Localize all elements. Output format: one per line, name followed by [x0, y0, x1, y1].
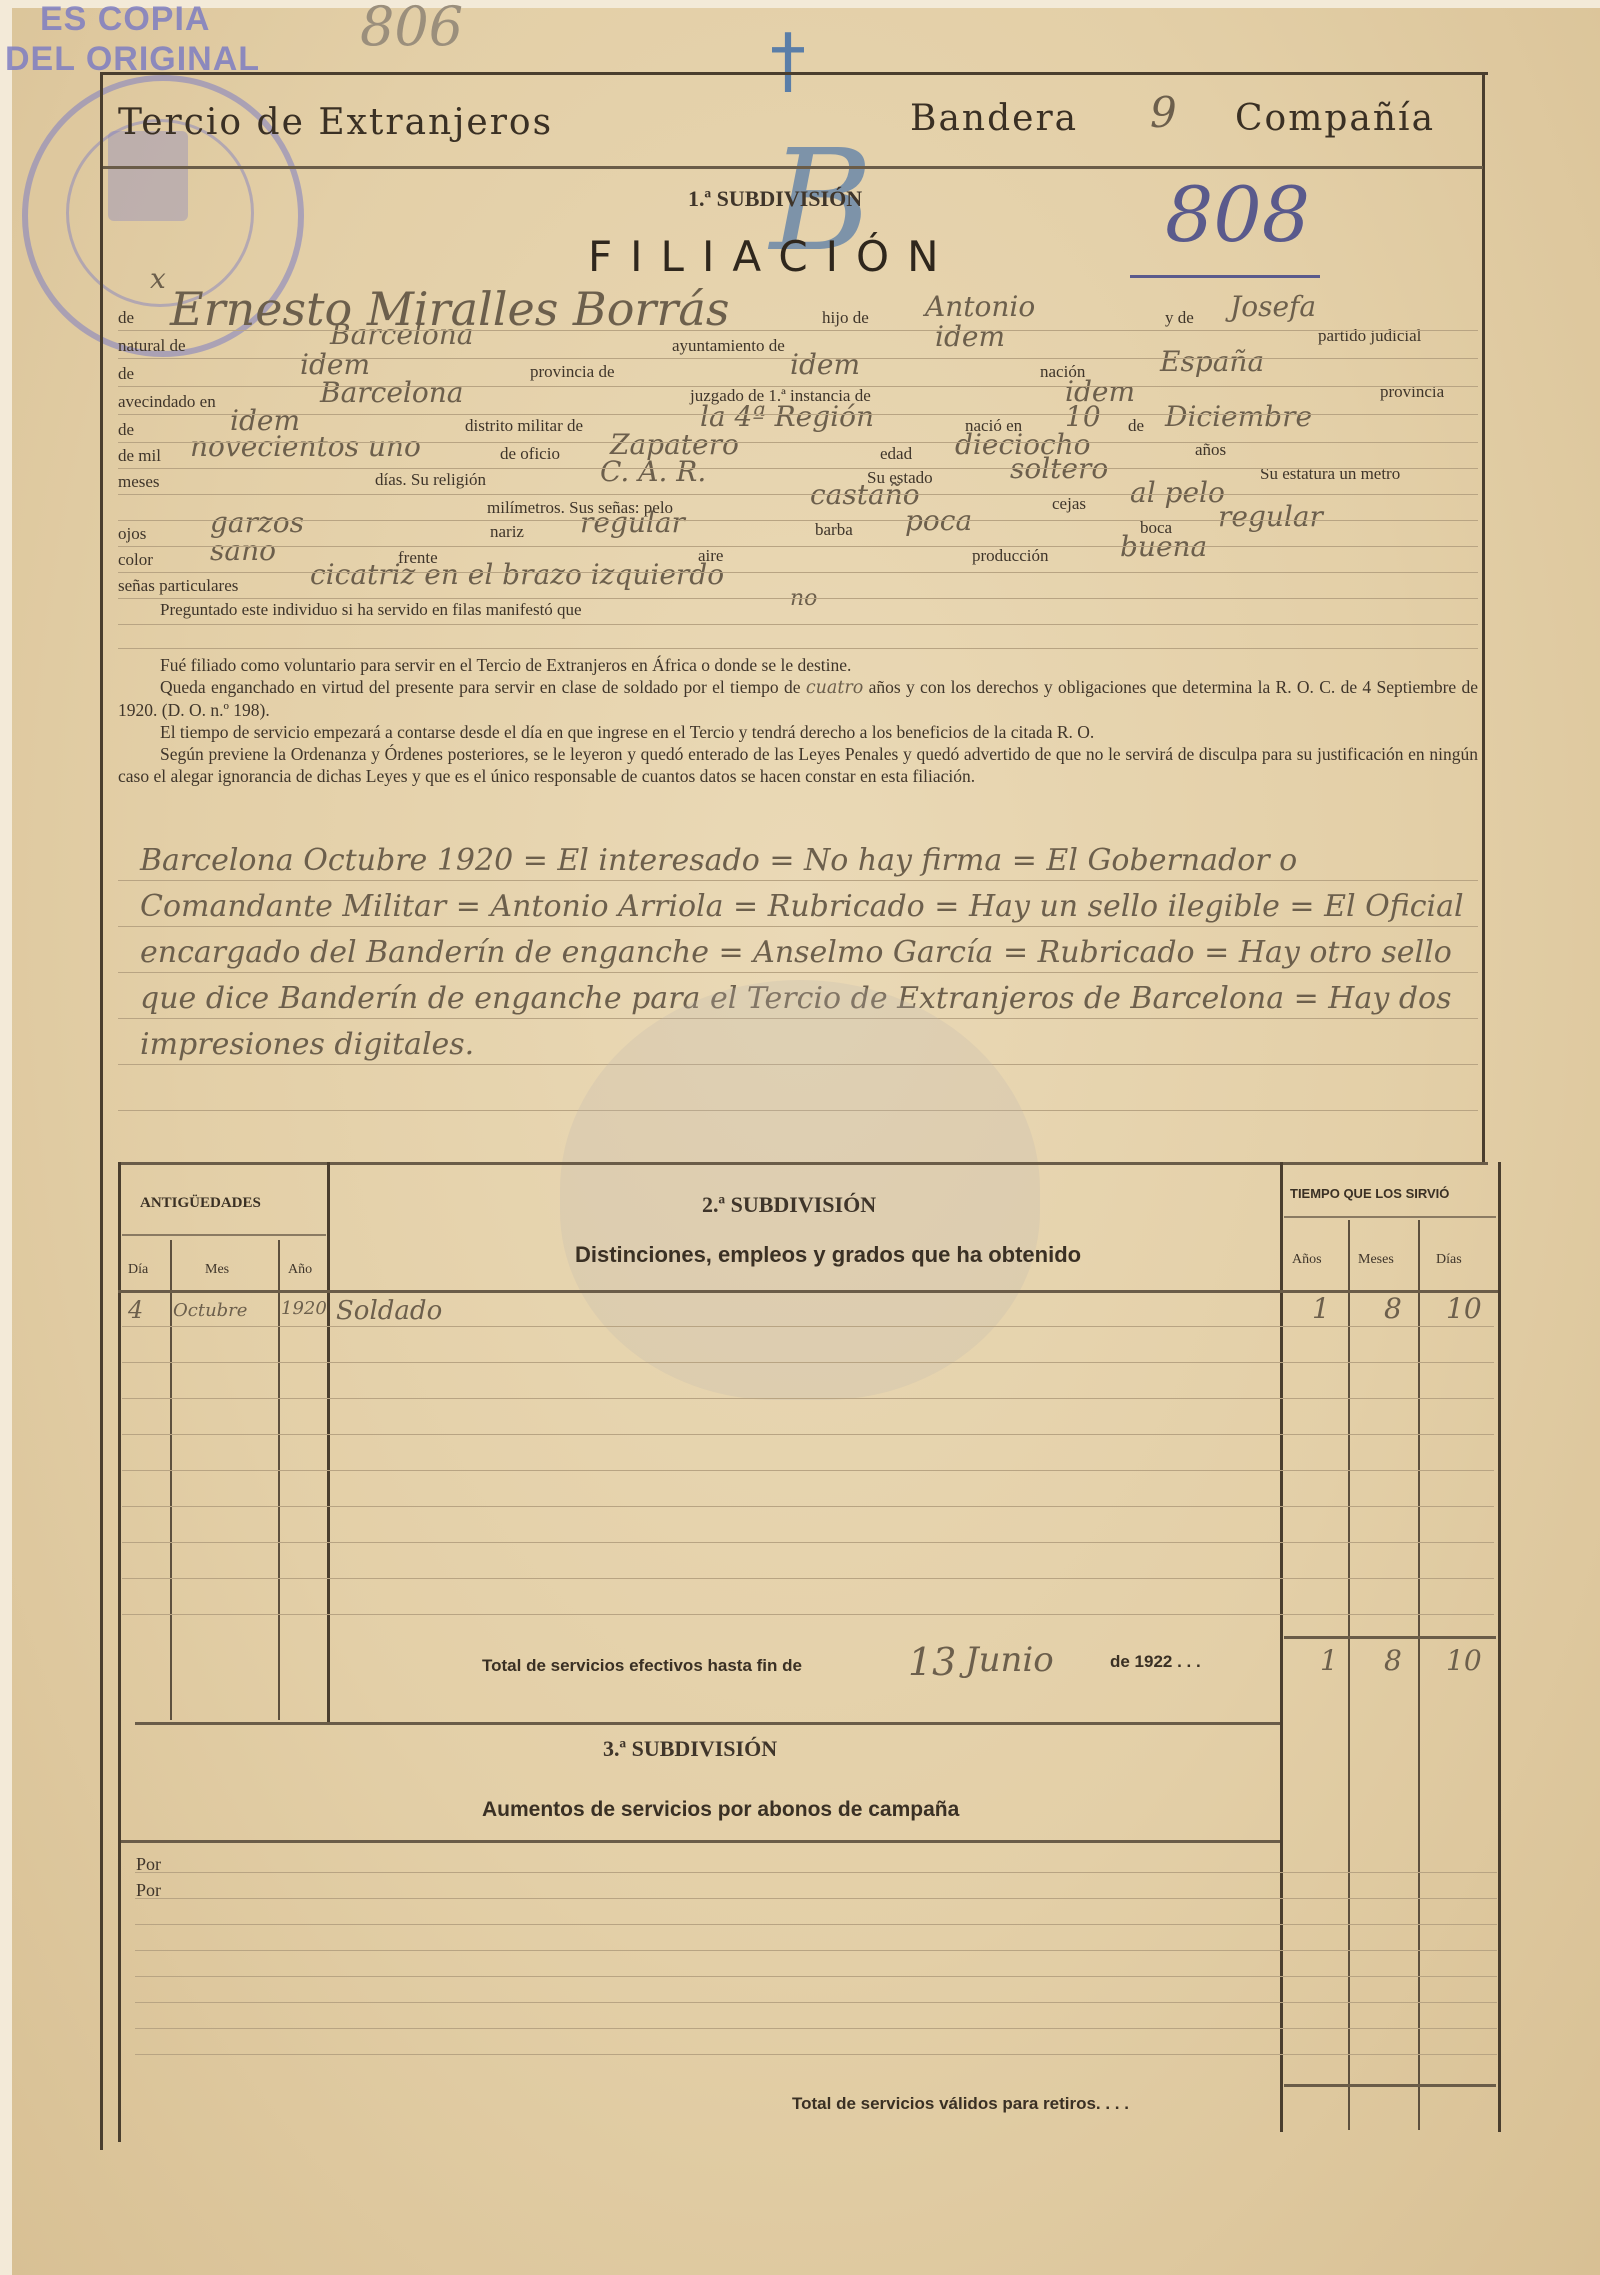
nacion-value: España	[1160, 345, 1264, 378]
label-cejas: cejas	[1052, 494, 1086, 514]
label-preguntado: Preguntado este individuo si ha servido …	[160, 600, 582, 620]
bandera-value: 9	[1150, 88, 1177, 137]
antiguedades-header: ANTIGÜEDADES	[140, 1195, 261, 1212]
ruled-line	[122, 1614, 1494, 1615]
ruled-line	[122, 1578, 1494, 1579]
unit-title: Tercio de Extranjeros	[118, 102, 553, 143]
label-avecindado: avecindado en	[118, 392, 216, 412]
legal-p4: Según previene la Ordenanza y Órdenes po…	[118, 743, 1478, 787]
col-divider	[1348, 1220, 1350, 2130]
label-de: de	[118, 364, 134, 384]
label-oficio: de oficio	[500, 444, 560, 464]
label-de: de	[1128, 416, 1144, 436]
bandera-label: Bandera	[910, 98, 1078, 139]
ruled-line	[118, 598, 1478, 599]
table-left-border	[118, 1162, 121, 1722]
total-year: de 1922 . . .	[1110, 1652, 1201, 1672]
compania-label: Compañía	[1235, 98, 1435, 139]
total-month: Junio	[965, 1640, 1054, 1680]
nariz-value: regular	[580, 506, 685, 539]
table-header-divider	[118, 1290, 1498, 1293]
copy-stamp-line1: ES COPIA	[40, 0, 210, 39]
religion-value: C. A. R.	[600, 455, 706, 488]
subdivision-2-label: 2.ª SUBDIVISIÓN	[702, 1192, 876, 1218]
total-efectivos-label: Total de servicios efectivos hasta fin d…	[482, 1656, 802, 1676]
avecindado-value: Barcelona	[320, 376, 463, 409]
label-senas-particulares: señas particulares	[118, 576, 238, 596]
ruled-line	[118, 648, 1478, 649]
ruled-line	[118, 442, 1478, 443]
section3-header-divider	[118, 1840, 1280, 1843]
label-hijo-de: hijo de	[822, 308, 869, 328]
col-ano-header: Año	[288, 1262, 312, 1278]
legal-p3: El tiempo de servicio empezará a contars…	[118, 721, 1478, 743]
total-meses: 8	[1384, 1644, 1402, 1677]
cejas-value: al pelo	[1130, 476, 1225, 509]
ruled-line	[135, 2002, 1497, 2003]
section3-top-border	[135, 1722, 1280, 1725]
total-dias: 10	[1446, 1644, 1482, 1677]
row-anos: 1	[1312, 1292, 1330, 1325]
ruled-line	[135, 1872, 1497, 1873]
label-ayuntamiento: ayuntamiento de	[672, 336, 785, 356]
tiempo-header: TIEMPO QUE LOS SIRVIÓ	[1290, 1186, 1449, 1201]
natural-de-value: Barcelona	[330, 318, 473, 351]
label-barba: barba	[815, 520, 853, 540]
ruled-line	[122, 1542, 1494, 1543]
ruled-line	[135, 1976, 1497, 1977]
row-ano: 1920	[281, 1298, 327, 1319]
ruled-line	[135, 2028, 1497, 2029]
aumentos-title: Aumentos de servicios por abonos de camp…	[482, 1798, 959, 1822]
ruled-line	[118, 358, 1478, 359]
ruled-line	[118, 624, 1478, 625]
watermark-emblem	[560, 980, 1040, 1400]
col-meses-header: Meses	[1358, 1252, 1394, 1268]
ruled-line	[122, 1434, 1494, 1435]
total-retiros-label: Total de servicios válidos para retiros.…	[792, 2094, 1129, 2114]
senas-value: cicatriz en el brazo izquierdo	[310, 558, 724, 591]
ruled-line	[122, 1470, 1494, 1471]
label-ojos: ojos	[118, 524, 146, 544]
label-produccion: producción	[972, 546, 1048, 566]
label-partido-judicial: partido judicial	[1318, 326, 1421, 346]
ayuntamiento-value: idem	[935, 320, 1005, 353]
ruled-line	[122, 1362, 1494, 1363]
ruled-line	[135, 1898, 1497, 1899]
ruled-line	[118, 520, 1478, 521]
tiempo-underline	[1284, 1216, 1496, 1218]
ruled-line	[118, 386, 1478, 387]
subdivision-1-label: 1.ª SUBDIVISIÓN	[688, 186, 862, 212]
provincia-value: idem	[790, 348, 860, 381]
mother-name: Josefa	[1230, 290, 1316, 323]
top-scribble: 806	[360, 0, 463, 58]
label-religion: días. Su religión	[375, 470, 486, 490]
ruled-line	[118, 414, 1478, 415]
label-color: color	[118, 550, 153, 570]
ruled-line	[135, 2054, 1497, 2055]
color-value: sano	[210, 534, 276, 567]
enlistment-years: cuatro	[806, 678, 863, 698]
label-provincia: provincia	[1380, 382, 1444, 402]
total-anos: 1	[1320, 1644, 1338, 1677]
ruled-line	[118, 546, 1478, 547]
filiacion-title: FILIACIÓN	[588, 232, 957, 281]
table-left-border	[118, 1722, 121, 2142]
col-anos-header: Años	[1292, 1252, 1322, 1268]
label-edad: edad	[880, 444, 912, 464]
row-dia: 4	[128, 1296, 143, 1324]
ruled-line	[122, 1326, 1494, 1327]
label-de: de	[118, 308, 134, 328]
ruled-line	[118, 330, 1478, 331]
boca-value: regular	[1218, 500, 1323, 533]
tiempo-divider	[1280, 1162, 1283, 2132]
col-dia-header: Día	[128, 1262, 148, 1278]
check-mark: x	[150, 262, 166, 295]
row-meses: 8	[1384, 1292, 1402, 1325]
father-name: Antonio	[925, 290, 1035, 323]
label-estatura: Su estatura un metro	[1260, 464, 1400, 484]
header-divider	[103, 166, 1483, 169]
retiros-totals-divider	[1284, 2084, 1496, 2087]
table-right-border	[1498, 1162, 1501, 2132]
label-anos: años	[1195, 440, 1226, 460]
label-nariz: nariz	[490, 522, 524, 542]
label-natural-de: natural de	[118, 336, 186, 356]
record-number-underline	[1130, 275, 1320, 278]
ruled-line	[135, 1950, 1497, 1951]
record-number: 808	[1165, 170, 1310, 259]
row-mes: Octubre	[173, 1300, 247, 1321]
label-y-de: y de	[1165, 308, 1194, 328]
label-de: de	[118, 420, 134, 440]
ruled-line	[118, 494, 1478, 495]
row-dias: 10	[1446, 1292, 1482, 1325]
total-day: 13	[908, 1640, 956, 1684]
ruled-line	[135, 1924, 1497, 1925]
form-frame-right	[1482, 72, 1485, 1162]
legal-p2a: Queda enganchado en virtud del presente …	[160, 677, 800, 697]
ruled-line	[118, 572, 1478, 573]
label-provincia: provincia de	[530, 362, 615, 382]
birth-month: Diciembre	[1165, 400, 1312, 433]
row-grado: Soldado	[336, 1296, 442, 1326]
label-distrito-militar: distrito militar de	[465, 416, 583, 436]
paper-edge	[0, 0, 12, 2275]
col-divider	[1418, 1220, 1420, 2130]
ruled-line	[118, 468, 1478, 469]
ruled-line	[122, 1506, 1494, 1507]
col-mes-header: Mes	[205, 1262, 229, 1278]
legal-p2: Queda enganchado en virtud del presente …	[118, 676, 1478, 721]
antiguedades-divider	[327, 1162, 330, 1722]
label-meses: meses	[118, 472, 160, 492]
subdivision-3-label: 3.ª SUBDIVISIÓN	[603, 1736, 777, 1762]
col-divider	[278, 1240, 280, 1720]
antiguedades-underline	[122, 1234, 326, 1236]
col-dias-header: Días	[1436, 1252, 1462, 1268]
label-de-mil: de mil	[118, 446, 161, 466]
col-divider	[170, 1240, 172, 1720]
distinciones-title: Distinciones, empleos y grados que ha ob…	[575, 1242, 1081, 1268]
legal-text: Fué filiado como voluntario para servir …	[118, 654, 1478, 787]
legal-p1: Fué filiado como voluntario para servir …	[118, 654, 1478, 676]
totals-divider	[1284, 1636, 1496, 1639]
birth-year: novecientos uno	[190, 430, 421, 463]
paper-edge	[0, 0, 1600, 8]
ruled-line	[122, 1398, 1494, 1399]
